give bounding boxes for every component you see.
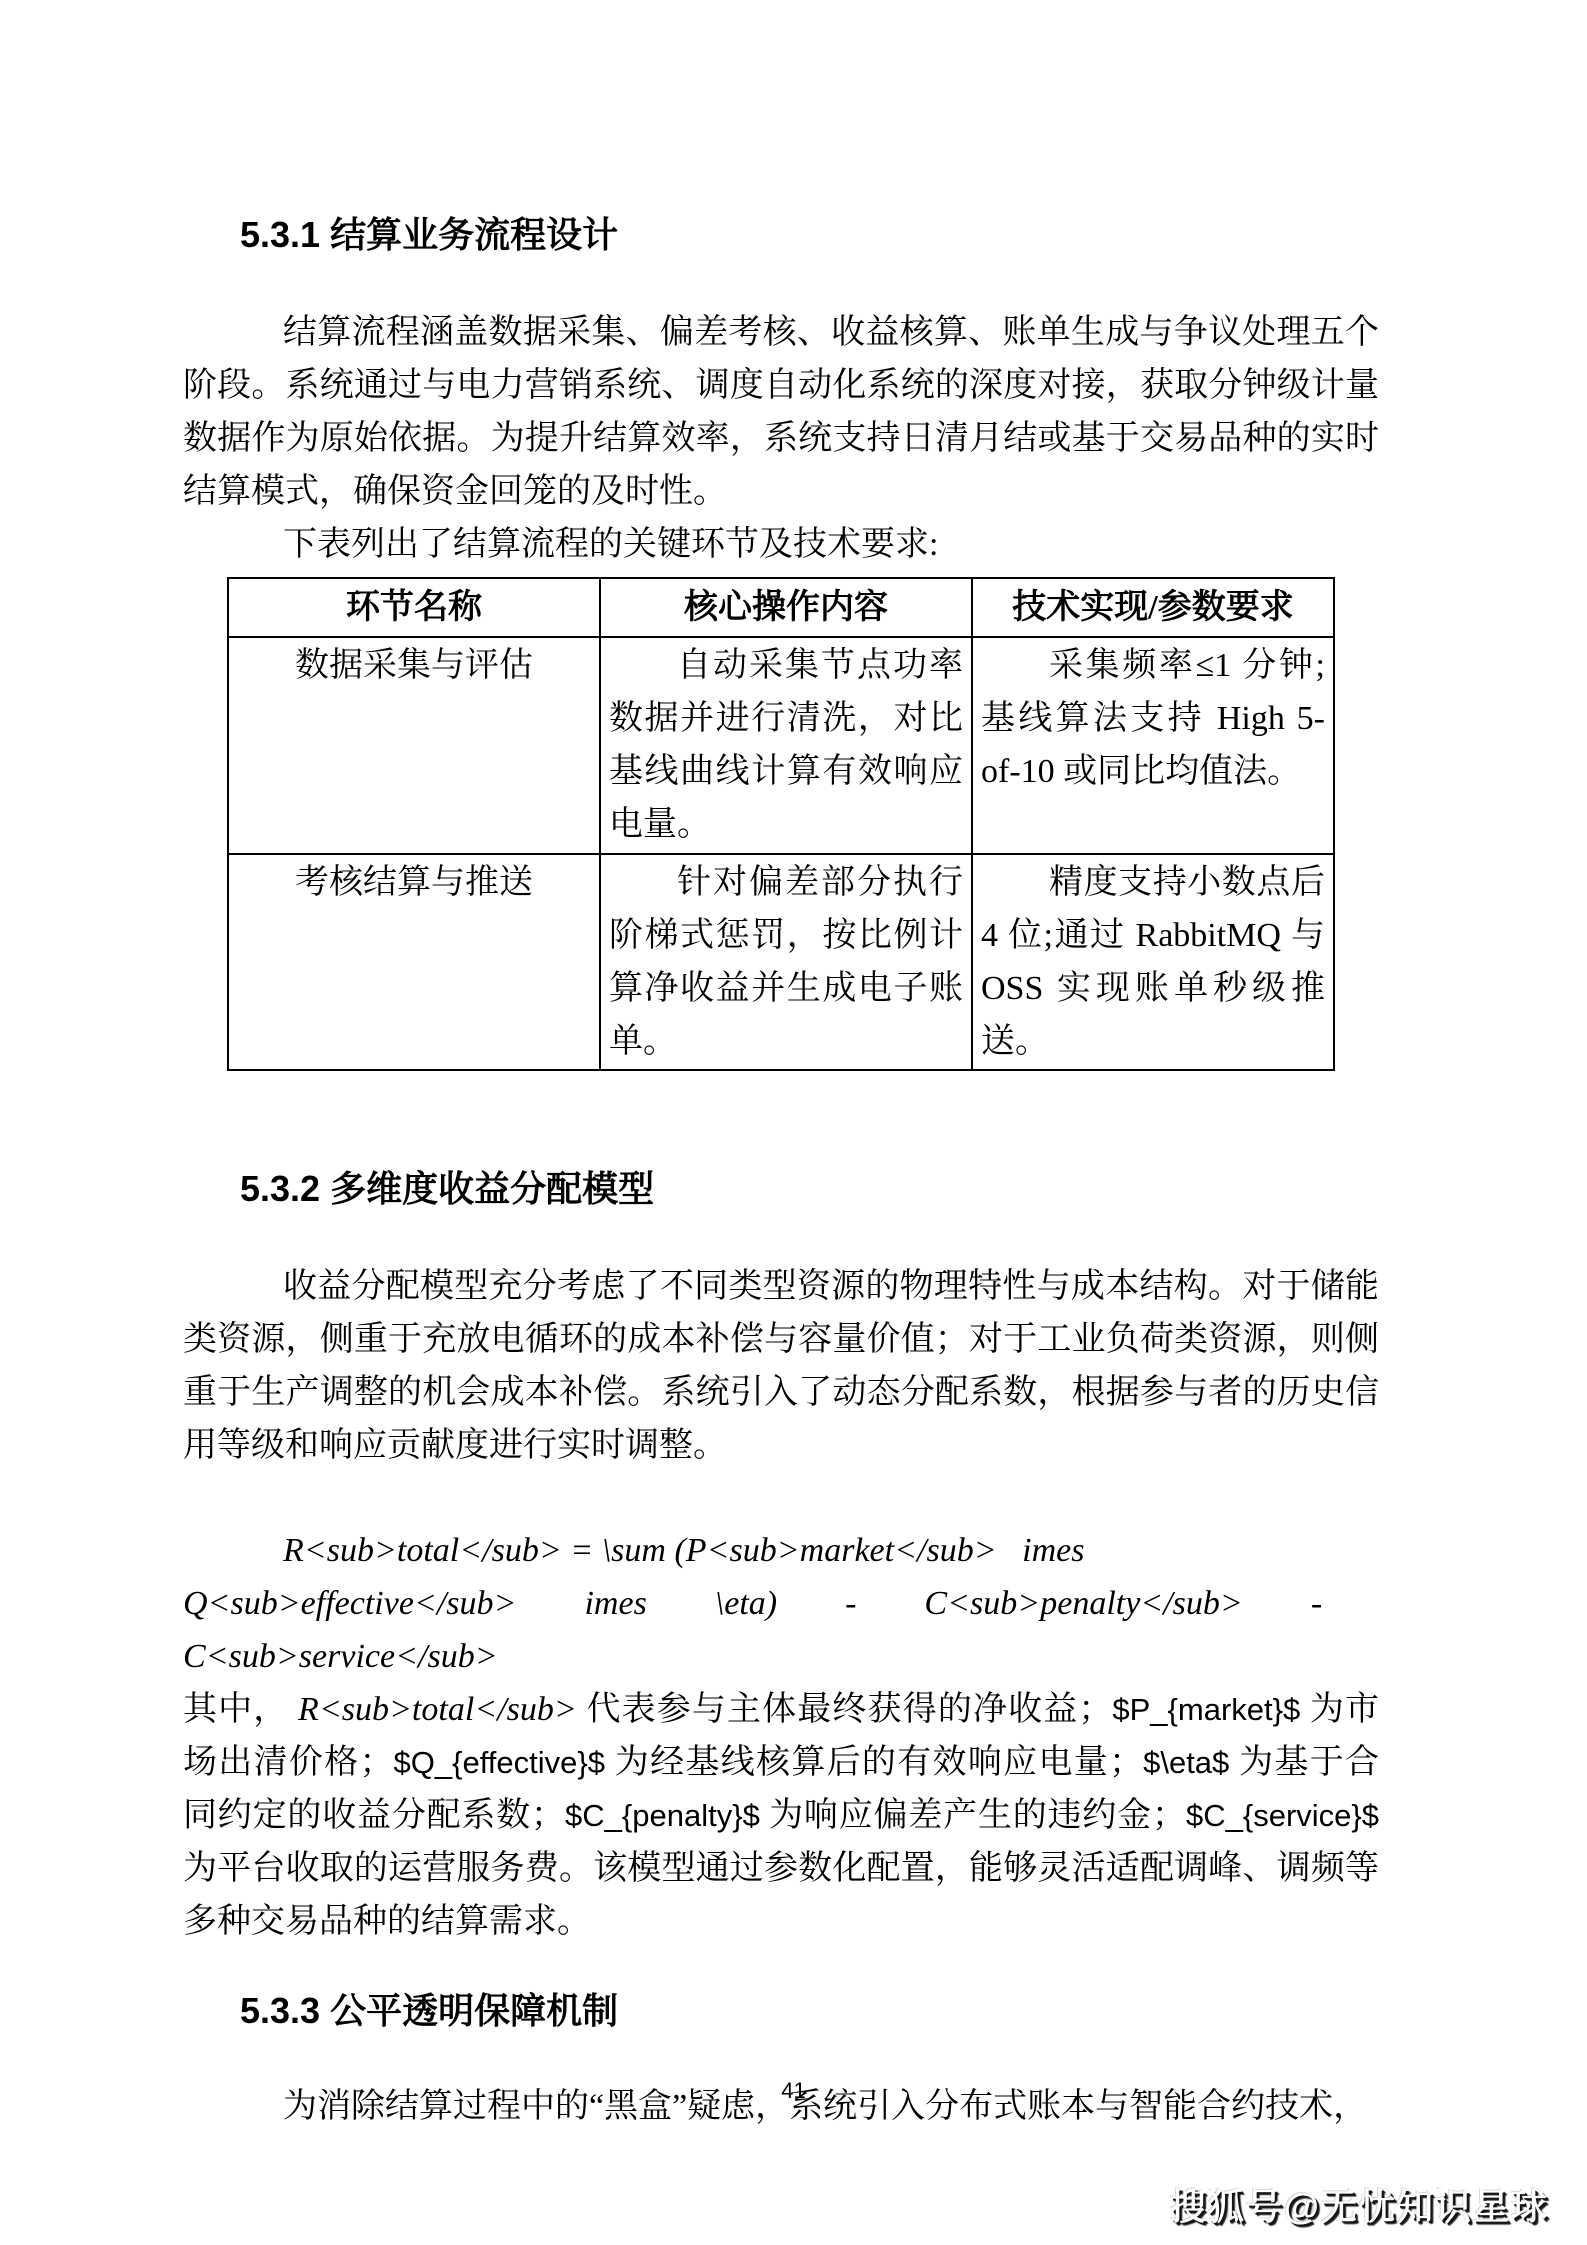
content-area: 5.3.1 结算业务流程设计 结算流程涵盖数据采集、偏差考核、收益核算、账单生成… [183, 212, 1379, 2133]
col-header-tech-requirement: 技术实现/参数要求 [972, 578, 1334, 637]
cell-core-operation: 针对偏差部分执行阶梯式惩罚，按比例计算净收益并生成电子账单。 [600, 854, 972, 1070]
section-532-heading: 5.3.2 多维度收益分配模型 [240, 1166, 1379, 1212]
section-533-heading: 5.3.3 公平透明保障机制 [240, 1988, 1379, 2034]
cell-tech-requirement: 采集频率≤1 分钟;基线算法支持 High 5-of-10 或同比均值法。 [972, 637, 1334, 854]
cell-stage-name: 数据采集与评估 [228, 637, 600, 854]
section-531-para-1: 结算流程涵盖数据采集、偏差考核、收益核算、账单生成与争议处理五个阶段。系统通过与… [183, 306, 1379, 518]
formula-explanation-para: 其中， R<sub>total</sub> 代表参与主体最终获得的净收益；$P_… [183, 1683, 1379, 1948]
document-page: 5.3.1 结算业务流程设计 结算流程涵盖数据采集、偏差考核、收益核算、账单生成… [0, 0, 1587, 2245]
table-row: 数据采集与评估 自动采集节点功率数据并进行清洗，对比基线曲线计算有效响应电量。 … [228, 637, 1334, 854]
revenue-formula-block: R<sub>total</sub> = \sum (P<sub>market</… [183, 1524, 1379, 1683]
col-header-stage-name: 环节名称 [228, 578, 600, 637]
section-531-heading: 5.3.1 结算业务流程设计 [240, 212, 1379, 258]
watermark: 搜狐号@无忧知识星球 [1170, 2179, 1549, 2230]
table-header-row: 环节名称 核心操作内容 技术实现/参数要求 [228, 578, 1334, 637]
col-header-core-operation: 核心操作内容 [600, 578, 972, 637]
cell-stage-name: 考核结算与推送 [228, 854, 600, 1070]
cell-core-operation: 自动采集节点功率数据并进行清洗，对比基线曲线计算有效响应电量。 [600, 637, 972, 854]
section-532-para-1: 收益分配模型充分考虑了不同类型资源的物理特性与成本结构。对于储能类资源，侧重于充… [183, 1260, 1379, 1472]
settlement-process-table: 环节名称 核心操作内容 技术实现/参数要求 数据采集与评估 自动采集节点功率数据… [227, 577, 1335, 1071]
page-number: 41 [0, 2078, 1587, 2104]
cell-tech-requirement: 精度支持小数点后 4 位;通过 RabbitMQ 与 OSS 实现账单秒级推送。 [972, 854, 1334, 1070]
section-531-para-2: 下表列出了结算流程的关键环节及技术要求: [183, 518, 1379, 571]
table-row: 考核结算与推送 针对偏差部分执行阶梯式惩罚，按比例计算净收益并生成电子账单。 精… [228, 854, 1334, 1070]
